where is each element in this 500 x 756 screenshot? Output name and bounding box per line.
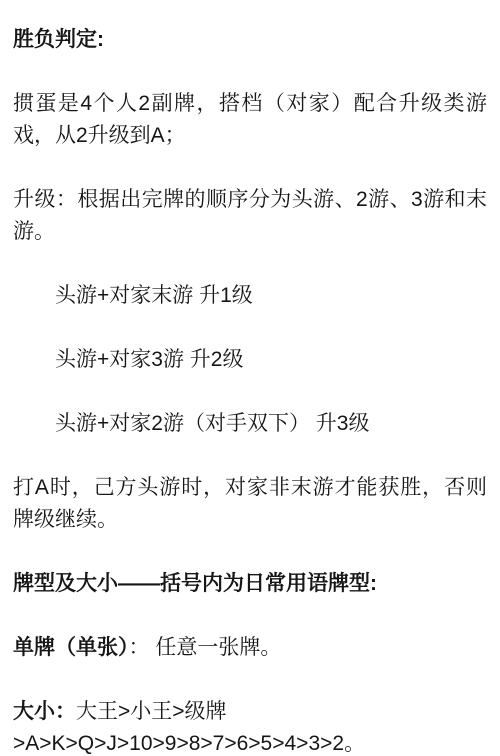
section-heading-win-loss: 胜负判定: — [13, 24, 487, 56]
paragraph-a-level-rule: 打A时，己方头游时，对家非末游才能获胜，否则牌级继续。 — [13, 472, 487, 536]
upgrade-rule-item-3: 头游+对家2游（对手双下） 升3级 — [13, 408, 487, 440]
article-page: 胜负判定: 掼蛋是4个人2副牌，搭档（对家）配合升级类游戏，从2升级到A； 升级… — [0, 0, 500, 756]
upgrade-rule-item-2: 头游+对家3游 升2级 — [13, 344, 487, 376]
ranking-order-top: 大王>小王>级牌 — [76, 700, 227, 723]
definition-single-card: ： 任意一张牌。 — [129, 636, 282, 659]
ranking-order-sequence: >A>K>Q>J>10>9>8>7>6>5>4>3>2。 — [13, 728, 487, 756]
term-single-card: 单牌（单张） — [13, 636, 129, 659]
paragraph-intro: 掼蛋是4个人2副牌，搭档（对家）配合升级类游戏，从2升级到A； — [13, 88, 487, 152]
paragraph-upgrade: 升级：根据出完牌的顺序分为头游、2游、3游和末游。 — [13, 184, 487, 248]
paragraph-card-ranking: 大小：大王>小王>级牌>A>K>Q>J>10>9>8>7>6>5>4>3>2。 — [13, 696, 487, 756]
upgrade-rule-item-1: 头游+对家末游 升1级 — [13, 280, 487, 312]
term-ranking: 大小： — [13, 700, 76, 723]
section-heading-card-types: 牌型及大小——括号内为日常用语牌型: — [13, 568, 487, 600]
paragraph-single-card: 单牌（单张）： 任意一张牌。 — [13, 632, 487, 664]
